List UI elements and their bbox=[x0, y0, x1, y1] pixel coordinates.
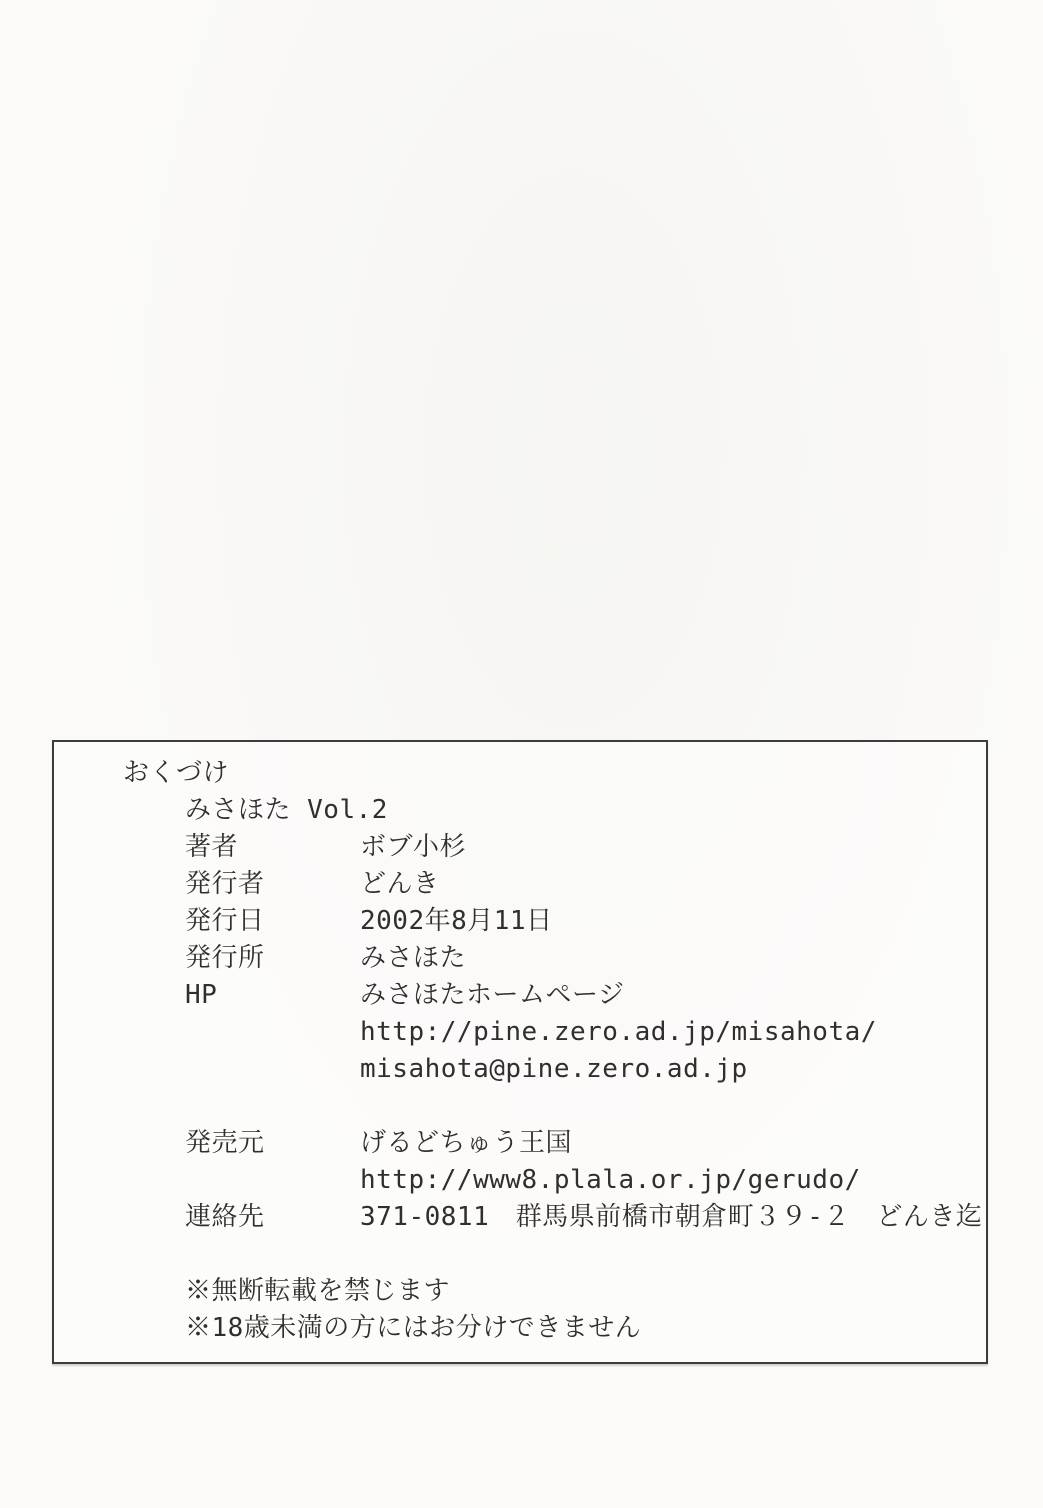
spacer-row bbox=[54, 1236, 986, 1273]
colophon-row-publish-office: 発行所みさほた bbox=[54, 940, 986, 977]
colophon-row-publisher-person: 発行者どんき bbox=[54, 866, 986, 903]
field-value: げるどちゅう王国 bbox=[360, 1128, 572, 1158]
contact-address: 371-0811 群馬県前橋市朝倉町３９-２ どんき迄 bbox=[360, 1202, 982, 1232]
field-label: 連絡先 bbox=[185, 1199, 360, 1236]
colophon-row-publish-date: 発行日2002年8月11日 bbox=[54, 903, 986, 940]
colophon-row-homepage-url: http://pine.zero.ad.jp/misahota/ bbox=[54, 1014, 986, 1051]
field-label: 発行者 bbox=[185, 866, 360, 903]
email-address: misahota@pine.zero.ad.jp bbox=[360, 1054, 748, 1084]
distributor-url: http://www8.plala.or.jp/gerudo/ bbox=[360, 1165, 861, 1195]
colophon-row-email: misahota@pine.zero.ad.jp bbox=[54, 1051, 986, 1088]
colophon-box: おくづけ みさほた Vol.2 著者ボブ小杉 発行者どんき 発行日2002年8月… bbox=[52, 740, 988, 1364]
scanned-page: おくづけ みさほた Vol.2 著者ボブ小杉 発行者どんき 発行日2002年8月… bbox=[0, 0, 1043, 1508]
field-label: 発行日 bbox=[185, 903, 360, 940]
book-title: みさほた Vol.2 bbox=[54, 792, 986, 829]
colophon-row-distributor: 発売元げるどちゅう王国 bbox=[54, 1125, 986, 1162]
colophon-row-distributor-url: http://www8.plala.or.jp/gerudo/ bbox=[54, 1162, 986, 1199]
field-value: みさほたホームページ bbox=[360, 980, 624, 1010]
colophon-row-author: 著者ボブ小杉 bbox=[54, 829, 986, 866]
field-value: みさほた bbox=[360, 943, 466, 973]
spacer-row bbox=[54, 1088, 986, 1125]
notice-line-age-restriction: ※18歳未満の方にはお分けできません bbox=[54, 1310, 986, 1347]
field-label: 発売元 bbox=[185, 1125, 360, 1162]
field-value: ボブ小杉 bbox=[360, 832, 466, 862]
field-value: 2002年8月11日 bbox=[360, 906, 553, 936]
notice-line-no-reproduction: ※無断転載を禁じます bbox=[54, 1273, 986, 1310]
colophon-title: おくづけ bbox=[54, 755, 986, 792]
colophon-row-homepage: HPみさほたホームページ bbox=[54, 977, 986, 1014]
field-label: 著者 bbox=[185, 829, 360, 866]
colophon-row-contact: 連絡先371-0811 群馬県前橋市朝倉町３９-２ どんき迄 bbox=[54, 1199, 986, 1236]
field-label: 発行所 bbox=[185, 940, 360, 977]
field-label: HP bbox=[185, 977, 360, 1014]
field-value: どんき bbox=[360, 869, 440, 899]
homepage-url: http://pine.zero.ad.jp/misahota/ bbox=[360, 1017, 877, 1047]
